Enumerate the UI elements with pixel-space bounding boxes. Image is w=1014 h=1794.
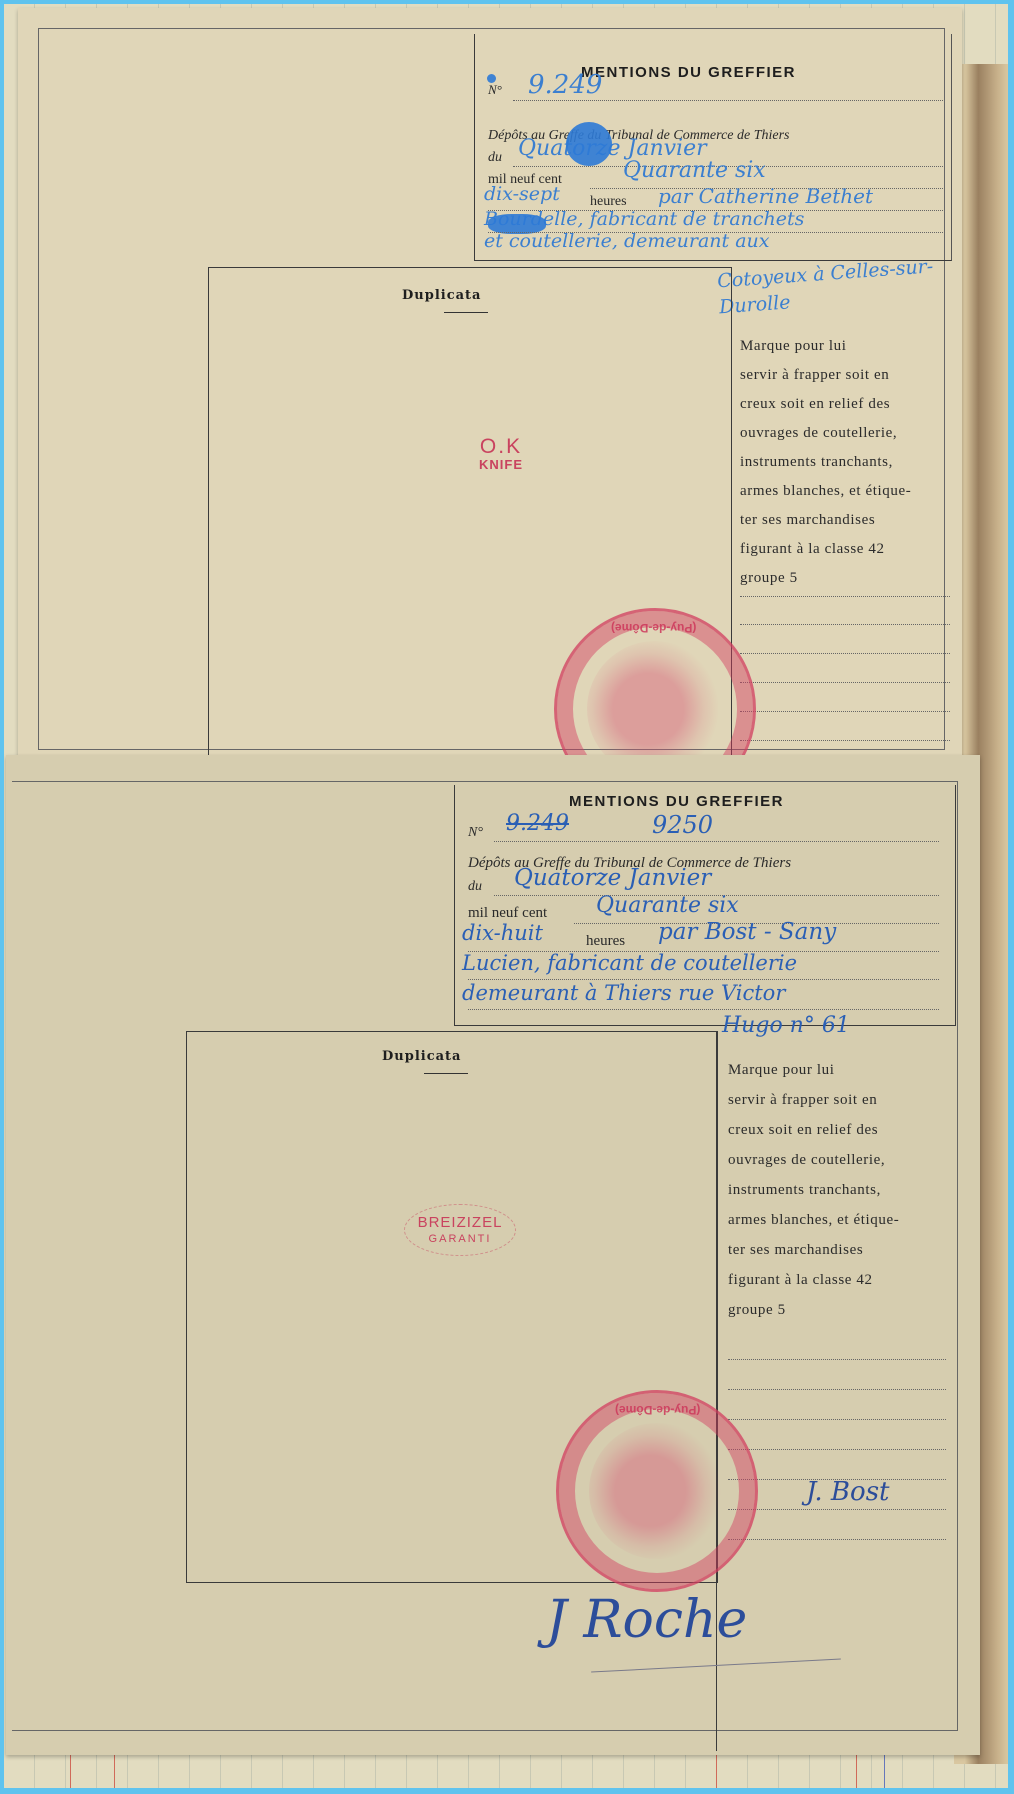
marque-line: creux soit en relief des [740,390,950,419]
marque-line: Marque pour lui [728,1055,946,1085]
filing-card-2: MENTIONS DU GREFFIER N° 9.249 9250 Dépôt… [6,755,980,1755]
handwritten-applicant: par Catherine Bethet [658,184,873,208]
handwritten-applicant: par Bost - Sany [658,919,836,945]
marque-line: figurant à la classe 42 [740,535,950,564]
form-line [728,1509,946,1510]
form-line [740,682,950,683]
marque-line: ter ses marchandises [740,506,950,535]
clerk-signature: J Roche [546,1590,747,1650]
marque-line: groupe 5 [728,1295,946,1325]
seal-text: (Puy-de-Dôme) [615,1403,700,1417]
ink-blot [487,74,496,83]
marque-line: ter ses marchandises [728,1235,946,1265]
photo-frame: MENTIONS DU GREFFIER N° 9.249 Dépôts au … [4,4,1008,1788]
handwritten-year: Quarante six [596,893,739,918]
form-line [728,1389,946,1390]
marque-description: Marque pour lui servir à frapper soit en… [740,332,950,593]
form-line [468,979,939,980]
marque-line: figurant à la classe 42 [728,1265,946,1295]
divider [424,1073,468,1074]
form-line [728,1449,946,1450]
form-line [728,1419,946,1420]
mentions-title: MENTIONS DU GREFFIER [569,793,784,810]
marque-line: servir à frapper soit en [728,1085,946,1115]
handwritten-line: demeurant à Thiers rue Victor [462,981,785,1005]
handwritten-year: Quarante six [623,158,766,183]
trademark-stamp: O.K KNIFE [466,436,536,472]
marque-line: Marque pour lui [740,332,950,361]
marque-line: servir à frapper soit en [740,361,950,390]
mentions-title: MENTIONS DU GREFFIER [581,64,796,81]
number-label: N° [468,825,483,841]
handwritten-hour: dix-sept [484,183,560,205]
divider [444,312,488,313]
form-line [740,711,950,712]
handwritten-number: 9.249 [528,70,602,100]
du-label: du [488,150,502,166]
stamp-line: KNIFE [466,458,536,472]
trademark-stamp: BREIZIZEL GARANTI [404,1204,516,1256]
form-line [740,740,950,741]
stamp-line: GARANTI [405,1234,515,1246]
court-seal: (Puy-de-Dôme) [556,1390,758,1592]
stamp-line: O.K [466,436,536,458]
marque-line: ouvrages de coutellerie, [728,1145,946,1175]
marque-line: ouvrages de coutellerie, [740,419,950,448]
handwritten-line: et coutellerie, demeurant aux [484,230,770,252]
filing-card-1: MENTIONS DU GREFFIER N° 9.249 Dépôts au … [18,8,962,760]
marque-line: groupe 5 [740,564,950,593]
marque-line: armes blanches, et étique- [740,477,950,506]
handwritten-number: 9250 [652,811,713,839]
duplicata-title: Duplicata [402,288,481,303]
form-line [494,841,939,842]
marque-line: instruments tranchants, [740,448,950,477]
struck-number: 9.249 [506,811,569,836]
handwritten-line: Hugo n° 61 [722,1013,850,1038]
form-line [740,596,950,597]
marque-line: creux soit en relief des [728,1115,946,1145]
heures-label: heures [586,933,625,950]
marque-line: instruments tranchants, [728,1175,946,1205]
ink-blot [566,122,612,166]
marque-line: armes blanches, et étique- [728,1205,946,1235]
form-line [740,653,950,654]
form-line [740,624,950,625]
mil-label: mil neuf cent [468,905,547,922]
duplicata-title: Duplicata [382,1049,461,1064]
marque-description: Marque pour lui servir à frapper soit en… [728,1055,946,1325]
form-line [468,1009,939,1010]
seal-text: (Puy-de-Dôme) [611,621,696,635]
handwritten-line: Lucien, fabricant de coutellerie [462,951,797,975]
seal-emblem [589,1423,725,1559]
number-label: N° [488,82,502,98]
form-line [728,1539,946,1540]
form-line [513,100,943,101]
stamp-line: BREIZIZEL [405,1215,515,1231]
form-line [728,1359,946,1360]
applicant-signature: J. Bost [806,1477,889,1507]
du-label: du [468,879,482,895]
handwritten-hour: dix-huit [462,921,543,945]
handwritten-date: Quatorze Janvier [514,865,711,891]
